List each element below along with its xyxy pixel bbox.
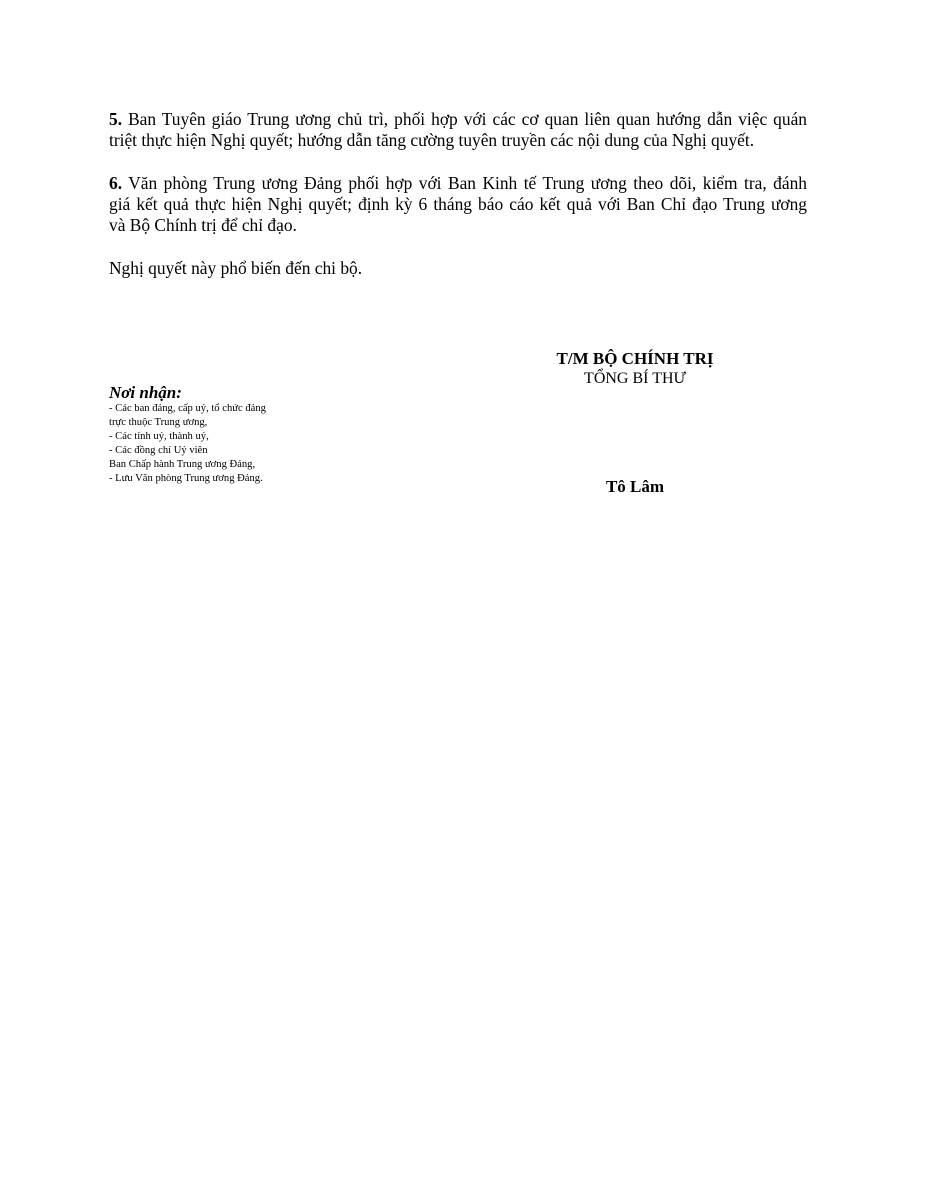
signature-title: TỔNG BÍ THƯ [520,369,750,389]
paragraph-line: và Bộ Chính trị để chỉ đạo. [109,215,807,236]
paragraph-line: 5. Ban Tuyên giáo Trung ương chủ trì, ph… [109,109,807,130]
paragraph-number: 5. [109,109,122,129]
recipient-item: - Các đồng chí Uỷ viên [109,444,329,458]
recipients-block: Nơi nhận: - Các ban đảng, cấp uỷ, tổ chứ… [109,384,329,486]
paragraph-line: triệt thực hiện Nghị quyết; hướng dẫn tă… [109,130,807,151]
signature-organization: T/M BỘ CHÍNH TRỊ [520,349,750,369]
closing-statement: Nghị quyết này phổ biến đến chi bộ. [109,258,807,279]
recipient-item: - Các ban đảng, cấp uỷ, tổ chức đảng [109,402,329,416]
paragraph-number: 6. [109,173,122,193]
recipient-item: trực thuộc Trung ương, [109,416,329,430]
recipient-item: - Các tỉnh uỷ, thành uỷ, [109,430,329,444]
paragraph-line: 6. Văn phòng Trung ương Đảng phối hợp vớ… [109,173,807,194]
signatory-name: Tô Lâm [520,477,750,497]
recipient-item: Ban Chấp hành Trung ương Đảng, [109,458,329,472]
paragraph-line: giá kết quả thực hiện Nghị quyết; định k… [109,194,807,215]
document-page: 5. Ban Tuyên giáo Trung ương chủ trì, ph… [0,0,927,1200]
recipient-item: - Lưu Văn phòng Trung ương Đảng. [109,472,329,486]
recipients-title: Nơi nhận: [109,384,329,402]
